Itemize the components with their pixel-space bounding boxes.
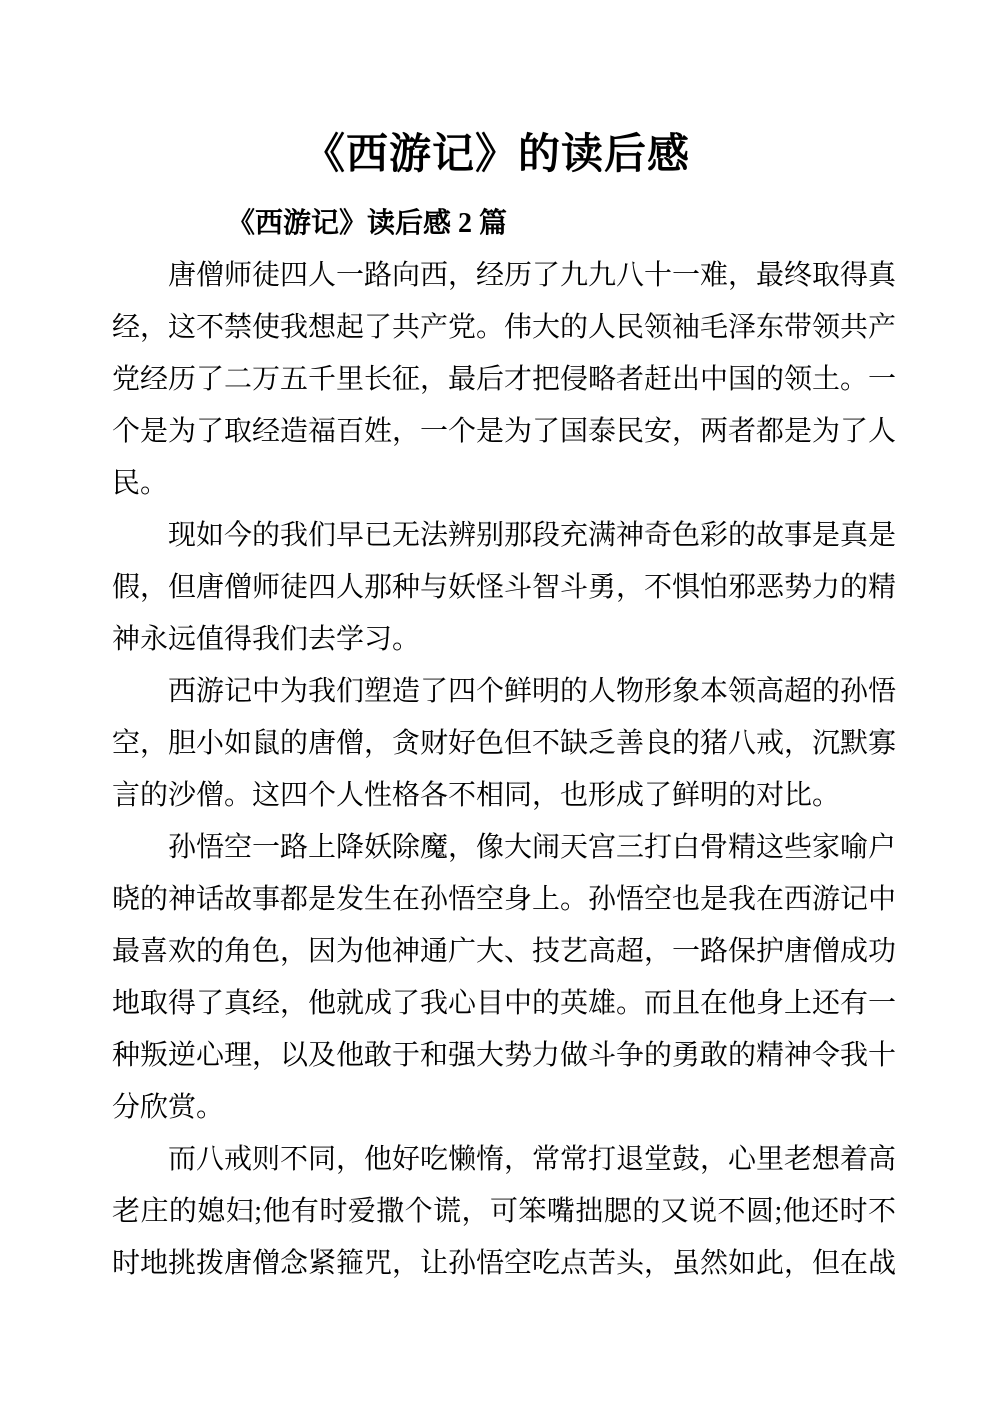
paragraph-5: 而八戒则不同，他好吃懒惰，常常打退堂鼓，心里老想着高老庄的媳妇;他有时爱撒个谎，…: [112, 1134, 896, 1290]
paragraph-4: 孙悟空一路上降妖除魔，像大闹天宫三打白骨精这些家喻户晓的神话故事都是发生在孙悟空…: [112, 822, 896, 1134]
document-title: 《西游记》的读后感: [0, 128, 993, 182]
paragraph-2: 现如今的我们早已无法辨别那段充满神奇色彩的故事是真是假，但唐僧师徒四人那种与妖怪…: [112, 510, 896, 666]
paragraph-3: 西游记中为我们塑造了四个鲜明的人物形象本领高超的孙悟空，胆小如鼠的唐僧，贪财好色…: [112, 666, 896, 822]
paragraph-1: 唐僧师徒四人一路向西，经历了九九八十一难，最终取得真经，这不禁使我想起了共产党。…: [112, 250, 896, 510]
document-page: 《西游记》的读后感 《西游记》读后感 2 篇 唐僧师徒四人一路向西，经历了九九八…: [0, 0, 993, 1404]
document-body: 唐僧师徒四人一路向西，经历了九九八十一难，最终取得真经，这不禁使我想起了共产党。…: [112, 250, 896, 1290]
document-subtitle: 《西游记》读后感 2 篇: [227, 198, 993, 250]
